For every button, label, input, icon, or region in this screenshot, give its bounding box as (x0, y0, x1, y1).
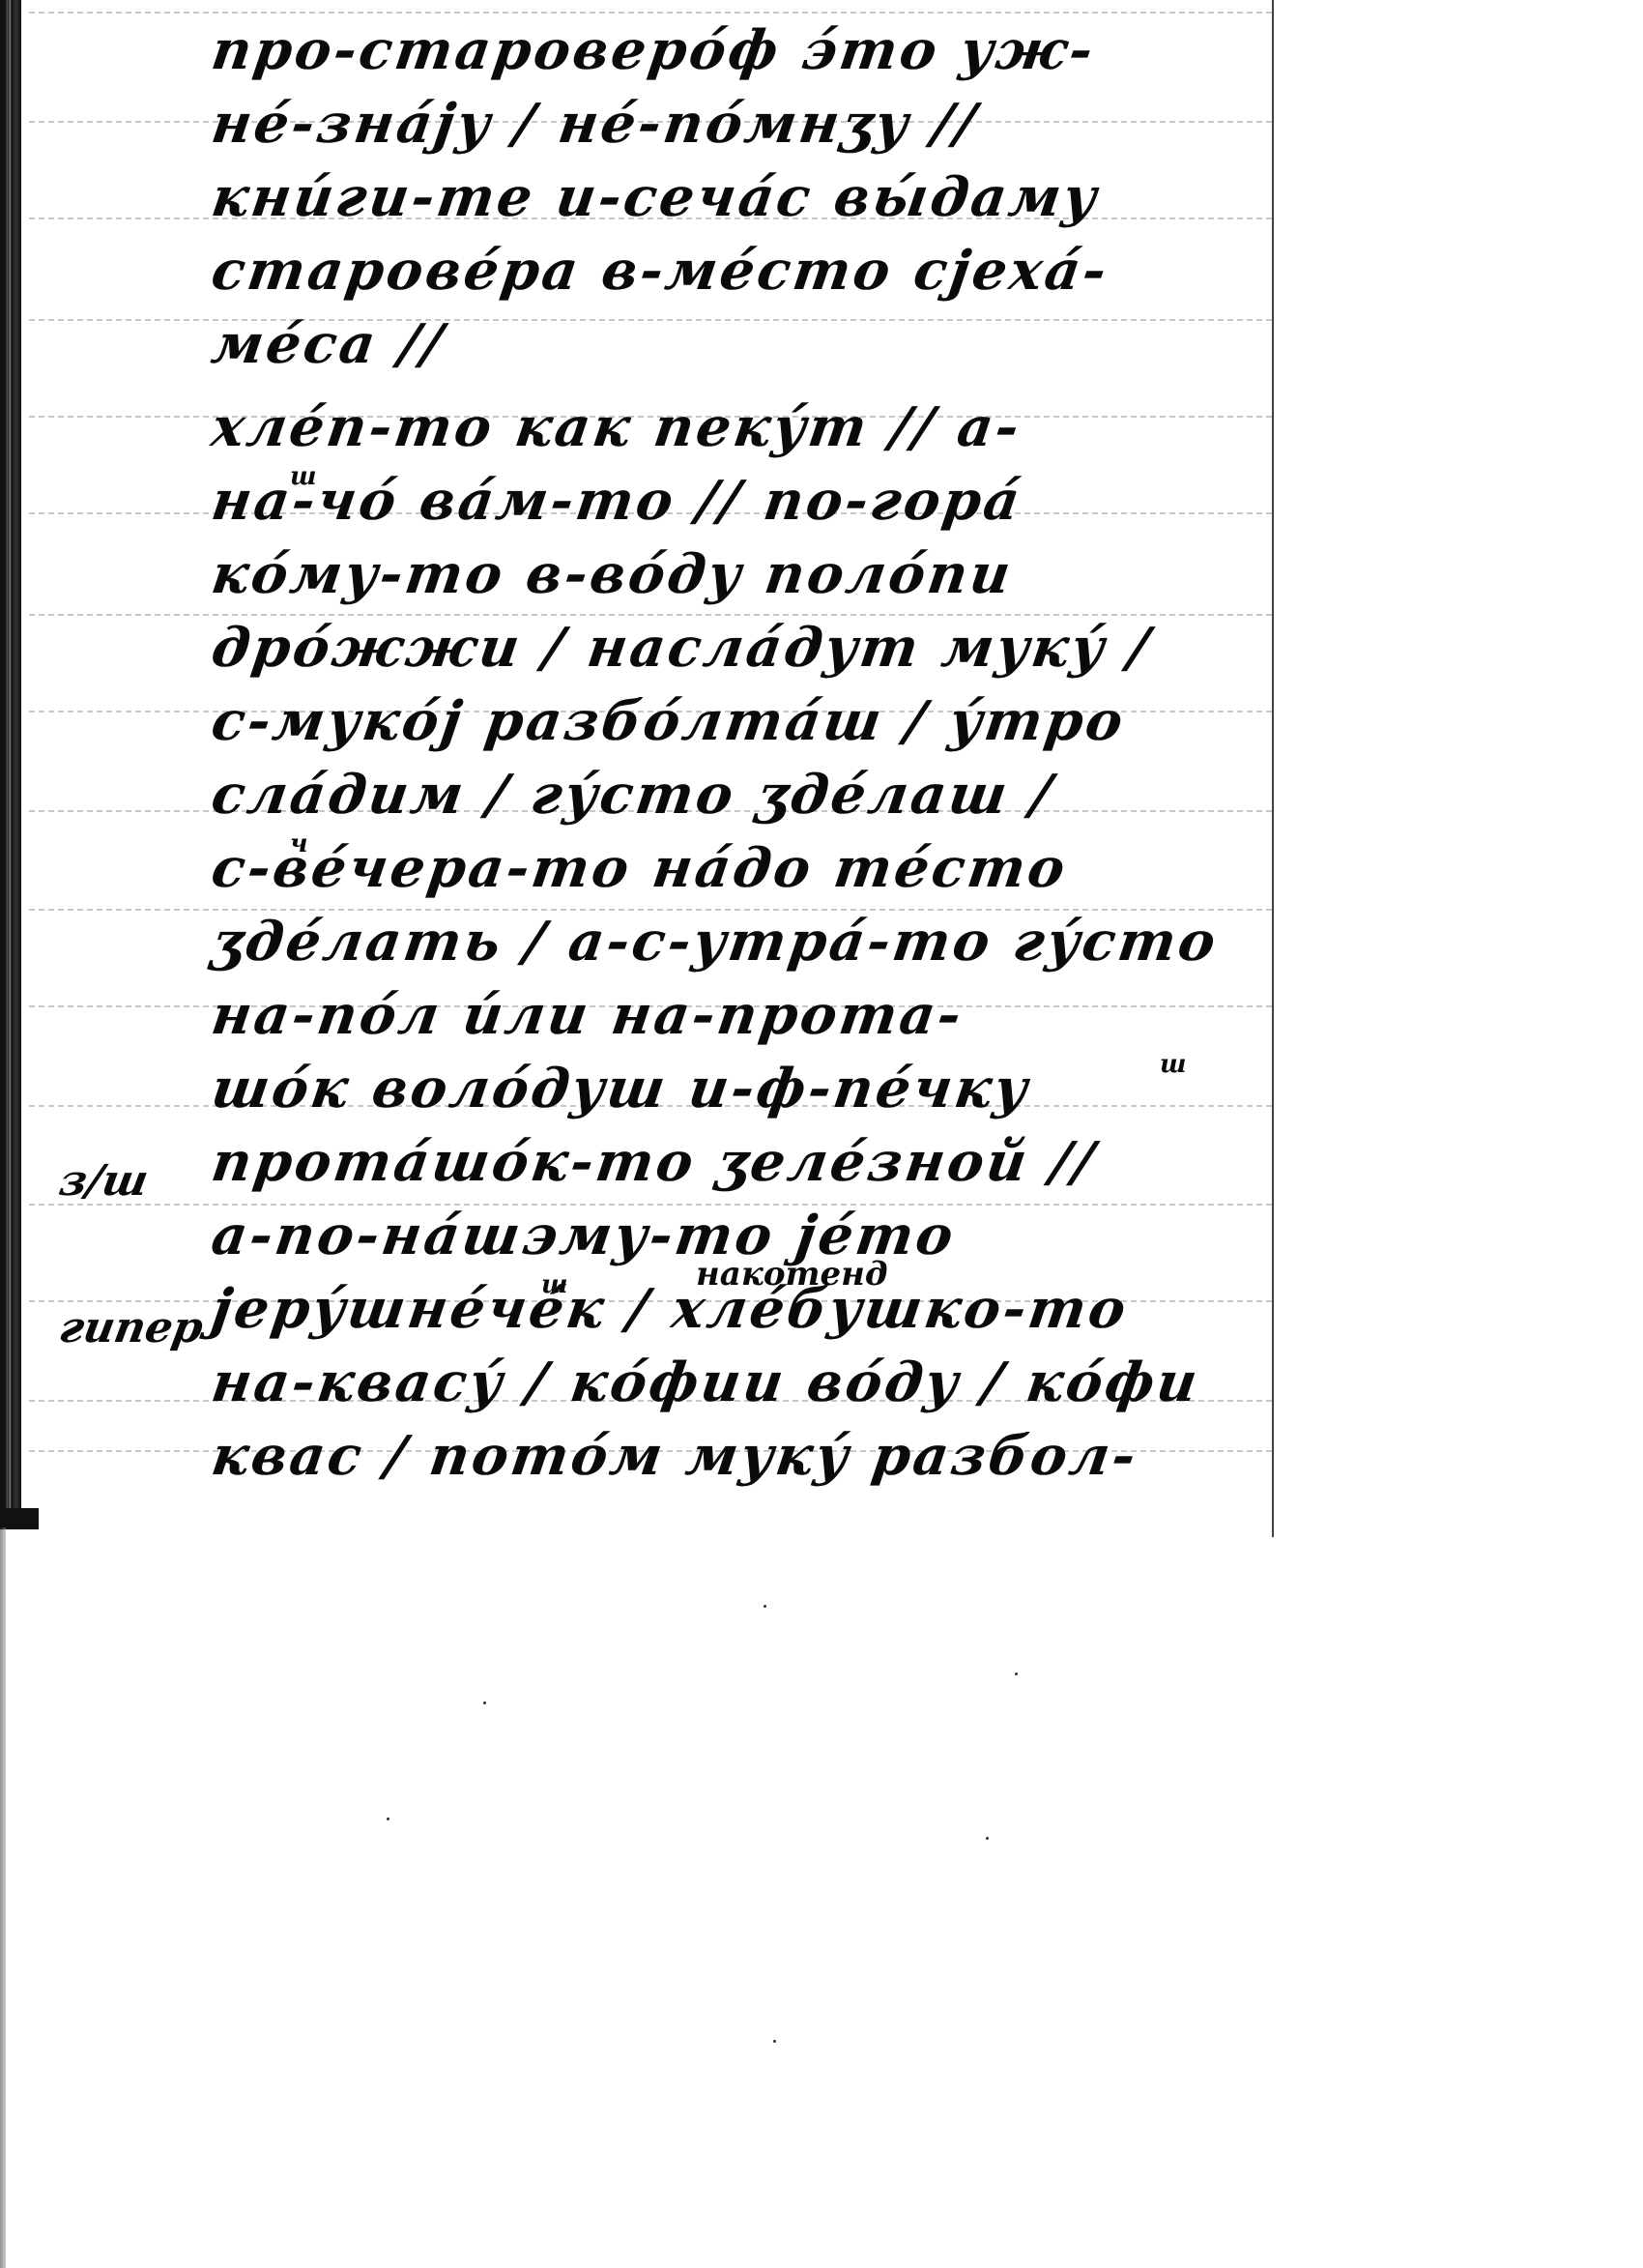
text-line-9: дро́жжи / насла́дут муку́ / (208, 617, 1156, 679)
superscript-mark: ш (541, 1270, 568, 1299)
binding-shadow (0, 1527, 6, 2268)
superscript-mark: ш (290, 462, 317, 491)
scan-speck (986, 1837, 989, 1840)
interlinear-insertion: накотенд (696, 1255, 888, 1294)
scan-speck (764, 1605, 766, 1608)
text-line-18: jеру́шне́че́к / хле́бушко-то (208, 1278, 1133, 1340)
text-line-3: кни́ги-те и-сеча́с вы́даму (208, 166, 1104, 228)
text-line-20: квас / пото́м муку́ разбол- (208, 1425, 1142, 1487)
margin-note: з/ш (56, 1156, 153, 1206)
text-line-2: не́-зна́jу / не́-по́мнӡу // (208, 93, 982, 155)
text-line-8: ко́му-то в-во́ду поло́пи (208, 543, 1017, 605)
text-line-6: хле́п-то как пеку́т // а- (208, 396, 1025, 458)
text-line-5: ме́са // (208, 313, 449, 375)
text-line-11: сла́дим / гу́сто ӡде́лаш / (208, 764, 1058, 826)
text-line-1: про-староверо́ф э́то уж- (208, 19, 1100, 81)
margin-note: гипер (56, 1303, 207, 1352)
text-line-13: ӡде́лать / а-с-утра́-то гу́сто (208, 911, 1222, 973)
scan-speck (387, 1817, 389, 1820)
text-line-4: старове́ра в-ме́сто сjеха́- (208, 240, 1112, 302)
text-line-16: прота́шо́к-то ӡеле́зной // (208, 1131, 1101, 1193)
scan-speck (483, 1701, 486, 1704)
text-line-19: на-квасу́ / ко́фии во́ду / ко́фи (208, 1352, 1204, 1413)
text-line-12: с-ве́чера-то на́до те́сто (208, 837, 1072, 899)
scan-speck (1015, 1672, 1018, 1675)
scan-speck (773, 2040, 776, 2043)
notebook-page: про-староверо́ф э́то уж- не́-зна́jу / не… (0, 0, 1643, 2268)
text-area: про-староверо́ф э́то уж- не́-зна́jу / не… (0, 0, 1272, 1547)
text-line-7: на-чо́ ва́м-то // по-гора́ (208, 470, 1026, 532)
text-line-14: на-по́л и́ли на-прота- (208, 984, 967, 1046)
text-line-15: шо́к воло́душ и-ф-пе́чку (208, 1058, 1034, 1119)
ruled-line (29, 12, 1272, 14)
page-right-edge (1272, 0, 1274, 1537)
superscript-mark: ш (1160, 1050, 1187, 1079)
text-line-10: с-муко́j разбо́лта́ш / у́тро (208, 690, 1130, 752)
superscript-mark: ч (290, 829, 308, 858)
